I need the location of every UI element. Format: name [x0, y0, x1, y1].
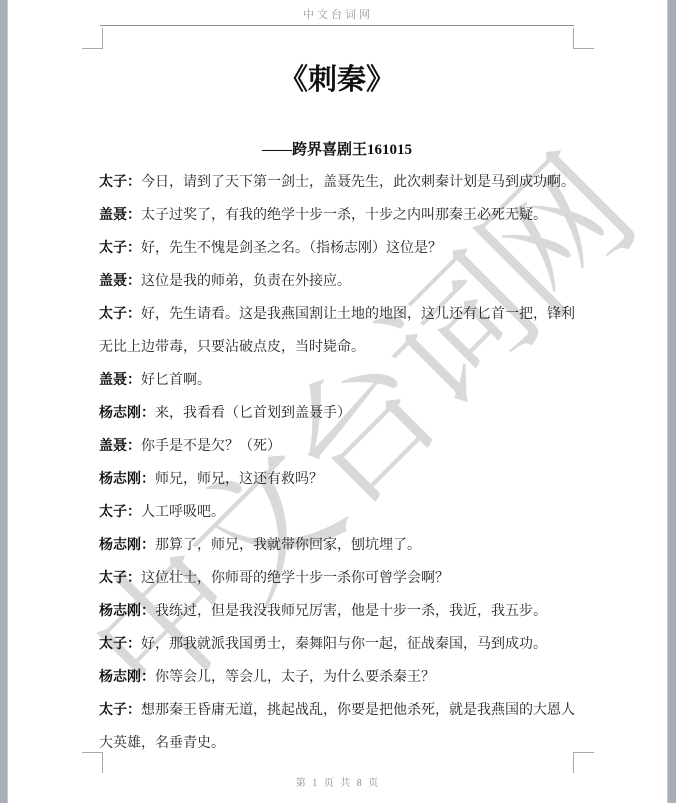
dialogue-text: 今日，请到了天下第一剑士，盖聂先生，此次刺秦计划是马到成功啊。 [141, 175, 575, 190]
dialogue-paragraph: 太子：想那秦王昏庸无道，挑起战乱，你要是把他杀死，就是我燕国的大恩人大英雄，名垂… [99, 694, 575, 760]
speaker-name: 太子： [99, 505, 141, 520]
dialogue-text: 师兄，师兄，这还有救吗？ [155, 472, 323, 487]
dialogue-paragraph: 杨志刚：我练过，但是我没我师兄厉害，他是十步一杀，我近，我五步。 [99, 595, 575, 628]
page-title: 《刺秦》 [99, 60, 575, 100]
document-page: 中文台词网 中文台词网 《刺秦》 ——跨界喜剧王161015 太子：今日，请到了… [0, 0, 676, 803]
crop-mark-top-right [573, 28, 594, 49]
page-edge-left [0, 0, 8, 803]
crop-mark-bottom-right [573, 752, 594, 773]
speaker-name: 盖聂： [99, 439, 141, 454]
dialogue-text: 这位是我的师弟，负责在外接应。 [141, 274, 351, 289]
speaker-name: 盖聂： [99, 373, 141, 388]
episode-subtitle: ——跨界喜剧王161015 [99, 140, 575, 160]
dialogue-text: 好匕首啊。 [141, 373, 211, 388]
footer-page-number: 第 1 页 共 8 页 [0, 774, 676, 789]
dialogue-text: 那算了，师兄，我就带你回家，刨坑埋了。 [155, 538, 421, 553]
dialogue-paragraph: 太子：好，先生请看。这是我燕国割让土地的地图，这儿还有匕首一把，锋利无比上边带毒… [99, 298, 575, 364]
dialogue-paragraph: 盖聂：你手是不是欠？（死） [99, 430, 575, 463]
crop-mark-bottom-left [82, 752, 103, 773]
page-edge-right [667, 0, 676, 803]
speaker-name: 太子： [99, 241, 141, 256]
dialogue-paragraph: 杨志刚：师兄，师兄，这还有救吗？ [99, 463, 575, 496]
dialogue-paragraph: 盖聂：这位是我的师弟，负责在外接应。 [99, 265, 575, 298]
dialogue-paragraph: 太子：今日，请到了天下第一剑士，盖聂先生，此次刺秦计划是马到成功啊。 [99, 166, 575, 199]
speaker-name: 盖聂： [99, 274, 141, 289]
dialogue-text: 好，先生不愧是剑圣之名。（指杨志刚）这位是？ [141, 241, 442, 256]
speaker-name: 杨志刚： [99, 406, 155, 421]
speaker-name: 太子： [99, 571, 141, 586]
site-header-title: 中文台词网 [0, 6, 676, 22]
dialogue-paragraph: 杨志刚：你等会儿，等会儿，太子，为什么要杀秦王？ [99, 661, 575, 694]
dialogue-paragraph: 杨志刚：那算了，师兄，我就带你回家，刨坑埋了。 [99, 529, 575, 562]
dialogue-text: 人工呼吸吧。 [141, 505, 225, 520]
dialogue-text: 太子过奖了，有我的绝学十步一杀，十步之内叫那秦王必死无疑。 [141, 208, 547, 223]
dialogue-text: 想那秦王昏庸无道，挑起战乱，你要是把他杀死，就是我燕国的大恩人大英雄，名垂青史。 [99, 703, 575, 751]
dialogue-paragraph: 太子：好，那我就派我国勇士，秦舞阳与你一起，征战秦国，马到成功。 [99, 628, 575, 661]
speaker-name: 杨志刚： [99, 538, 155, 553]
speaker-name: 杨志刚： [99, 472, 155, 487]
speaker-name: 太子： [99, 703, 141, 718]
dialogue-paragraph: 太子：这位壮士，你师哥的绝学十步一杀你可曾学会啊？ [99, 562, 575, 595]
dialogue-paragraph: 太子：好，先生不愧是剑圣之名。（指杨志刚）这位是？ [99, 232, 575, 265]
header-rule [100, 25, 574, 26]
dialogue-text: 这位壮士，你师哥的绝学十步一杀你可曾学会啊？ [141, 571, 449, 586]
crop-mark-top-left [82, 28, 103, 49]
dialogue-paragraph: 太子：人工呼吸吧。 [99, 496, 575, 529]
speaker-name: 太子： [99, 307, 141, 322]
speaker-name: 太子： [99, 175, 141, 190]
dialogue-text: 好，先生请看。这是我燕国割让土地的地图，这儿还有匕首一把，锋利无比上边带毒，只要… [99, 307, 575, 355]
dialogue-paragraph: 杨志刚：来，我看看（匕首划到盖聂手） [99, 397, 575, 430]
dialogue-text: 你等会儿，等会儿，太子，为什么要杀秦王？ [155, 670, 435, 685]
dialogue-text: 你手是不是欠？（死） [141, 439, 281, 454]
dialogue-paragraph: 盖聂：好匕首啊。 [99, 364, 575, 397]
speaker-name: 太子： [99, 637, 141, 652]
speaker-name: 杨志刚： [99, 670, 155, 685]
dialogue-text: 我练过，但是我没我师兄厉害，他是十步一杀，我近，我五步。 [155, 604, 547, 619]
dialogue-list: 太子：今日，请到了天下第一剑士，盖聂先生，此次刺秦计划是马到成功啊。 盖聂：太子… [99, 166, 575, 760]
document-content: 《刺秦》 ——跨界喜剧王161015 太子：今日，请到了天下第一剑士，盖聂先生，… [99, 48, 575, 760]
dialogue-paragraph: 盖聂：太子过奖了，有我的绝学十步一杀，十步之内叫那秦王必死无疑。 [99, 199, 575, 232]
speaker-name: 盖聂： [99, 208, 141, 223]
dialogue-text: 好，那我就派我国勇士，秦舞阳与你一起，征战秦国，马到成功。 [141, 637, 547, 652]
speaker-name: 杨志刚： [99, 604, 155, 619]
dialogue-text: 来，我看看（匕首划到盖聂手） [155, 406, 351, 421]
